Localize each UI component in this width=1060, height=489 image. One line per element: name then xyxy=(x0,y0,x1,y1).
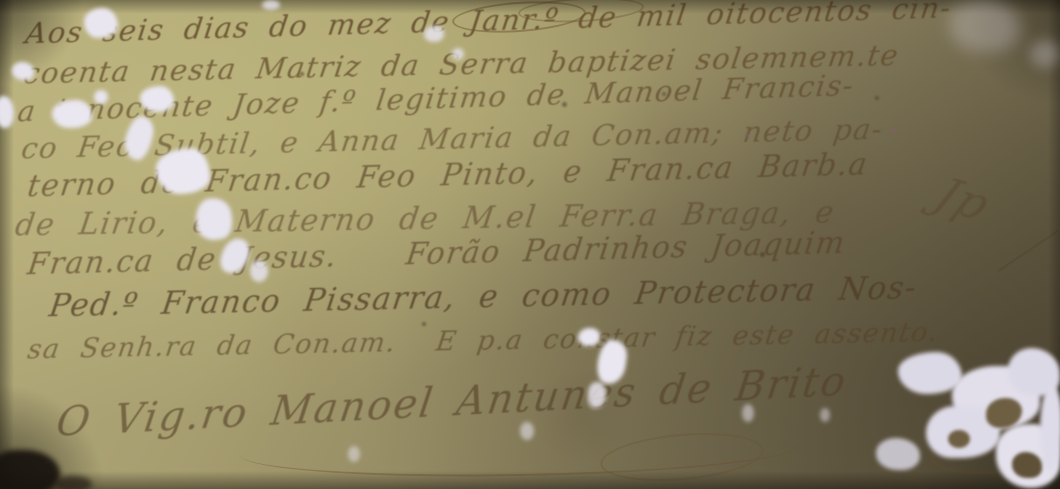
shadow-blob xyxy=(0,450,60,489)
signature-flourish xyxy=(240,419,801,481)
paper-damage-spot xyxy=(1030,40,1060,68)
paper-damage-spot xyxy=(84,8,118,38)
paper-damage-spot xyxy=(12,62,34,80)
paper-damage-spot xyxy=(1040,386,1060,472)
paper-damage-spot xyxy=(121,114,157,163)
manuscript-line: a innocente Joze f.º legitimo de Manoel … xyxy=(16,68,857,128)
ink-speck xyxy=(875,96,879,100)
ink-speck xyxy=(300,72,304,76)
paper-damage-spot xyxy=(140,86,174,112)
paper-damage-spot xyxy=(250,260,268,282)
manuscript-line: de Lirio, e Materno de M.el Ferr.a Braga… xyxy=(13,195,837,243)
manuscript-line: sa Senh.ra da Con.am. E p.a constar fiz … xyxy=(26,317,941,366)
paper-damage-spot xyxy=(1008,348,1060,396)
paper-damage-spot xyxy=(52,100,92,128)
paper-damage-spot xyxy=(262,0,280,10)
margin-pen-mark: Jp xyxy=(926,168,1001,231)
paper-damage-spot xyxy=(348,446,360,462)
paper-damage-spot xyxy=(898,352,962,394)
ink-speck xyxy=(745,133,749,137)
paper-damage-spot xyxy=(876,438,920,470)
priest-signature: O Vig.ro Manoel Antunes de Brito xyxy=(53,359,850,447)
manuscript-line: coenta nesta Matriz da Serra baptizei so… xyxy=(21,38,901,90)
manuscript-line: terno de Fran.co Feo Pinto, e Fran.ca Ba… xyxy=(25,147,870,204)
paper-damage-spot xyxy=(578,328,600,346)
paper-damage-spot xyxy=(996,424,1060,488)
ink-speck xyxy=(893,128,897,132)
paper-damage-spot xyxy=(820,408,830,422)
paper-damage-spot xyxy=(156,148,210,194)
photo-vignette xyxy=(0,0,1060,489)
paper-damage-spot xyxy=(588,382,606,408)
paper-damage-spot xyxy=(595,338,629,385)
ink-speck xyxy=(760,252,765,257)
paper-damage-spot xyxy=(94,90,108,104)
paper-damage-spot xyxy=(0,96,14,128)
paper-fragment xyxy=(1012,452,1042,478)
signature-flourish xyxy=(598,427,765,487)
manuscript-line: co Feo Subtil, e Anna Maria da Con.am; n… xyxy=(19,111,885,165)
paper-fragment xyxy=(986,398,1022,428)
signature-flourish xyxy=(927,410,1060,483)
paper-damage-spot xyxy=(217,235,253,277)
paper-mottling xyxy=(0,0,1060,489)
manuscript-line: Aos seis dias do mez de Janr.º de mil oi… xyxy=(24,0,954,50)
paper-damage-spot xyxy=(742,404,754,422)
manuscript-line: Ped.º Franco Pissarra, e como Protectora… xyxy=(47,270,919,324)
ink-speck xyxy=(562,102,567,107)
paper-damage-spot xyxy=(424,26,444,42)
paper-damage-spot xyxy=(193,195,236,243)
paper-damage-spot xyxy=(952,366,1040,430)
ink-speck xyxy=(662,92,666,96)
manuscript-photo: Aos seis dias do mez de Janr.º de mil oi… xyxy=(0,0,1060,489)
paper-fragment xyxy=(948,430,970,448)
manuscript-line: Fran.ca de Jesus. Forão Padrinhos Joaqui… xyxy=(25,226,847,283)
paper-damage-spot xyxy=(950,0,1020,52)
ink-speck xyxy=(422,322,426,326)
pen-flourish xyxy=(517,0,644,25)
paper-damage-spot xyxy=(926,406,1000,458)
paper-damage-spot xyxy=(452,48,464,60)
shadow-blob xyxy=(54,476,92,489)
paper-damage-spot xyxy=(520,422,534,440)
pen-flourish xyxy=(451,0,587,37)
margin-pen-stroke xyxy=(998,230,1059,272)
